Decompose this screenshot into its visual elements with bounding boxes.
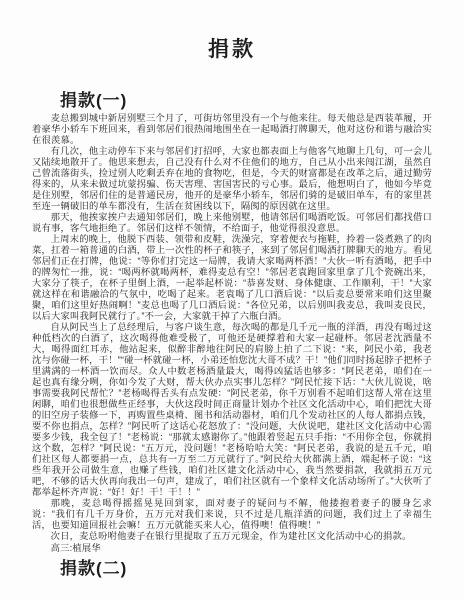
story-paragraph: 上周末的晚上，他脱下西装、领带和皮鞋，洗澡完，穿着便衣与拖鞋，拎着一袋煮熟了的肉…	[32, 234, 432, 322]
document-page: 捐款 捐款(一) 麦总搬到城中新居别墅三个月了，可街坊邻里没有一个与他来往。每天…	[0, 0, 463, 600]
story-paragraph: 麦总搬到城中新居别墅三个月了，可街坊邻里没有一个与他来往。每天他总是西装革履，开…	[32, 113, 432, 146]
document-title: 捐款	[32, 38, 432, 62]
author-attribution: 高三:植展华	[32, 543, 432, 554]
story-paragraph: 那晚，麦总喝得摇摇晃晃回到家，面对妻子的疑问与不解，他搂抱着妻子的腰身乞求说：“…	[32, 498, 432, 531]
story-paragraph: 有几次，他主动停车下来与邻居们打招呼，大家也都表面上与他客气地聊上几句，可一会儿…	[32, 146, 432, 212]
story-paragraph: 次日，麦总吩咐他妻子在银行里提取了五万元现金，作为建社区文化活动中心的捐款。	[32, 531, 432, 542]
story-paragraph: 自从阿民当上了总经理后，与客户谈生意，每次喝的都是几千元一瓶的洋酒，再没有喝过这…	[32, 322, 432, 498]
story-body-section-1: 麦总搬到城中新居别墅三个月了，可街坊邻里没有一个与他来往。每天他总是西装革履，开…	[32, 113, 432, 542]
section-heading-2: 捐款(二)	[60, 560, 432, 578]
section-heading-1: 捐款(一)	[60, 92, 432, 110]
story-paragraph: 那天，他挨家挨户去通知邻居们，晚上来他别墅，他请邻居们喝酒吃饭。可邻居们都找借口…	[32, 212, 432, 234]
